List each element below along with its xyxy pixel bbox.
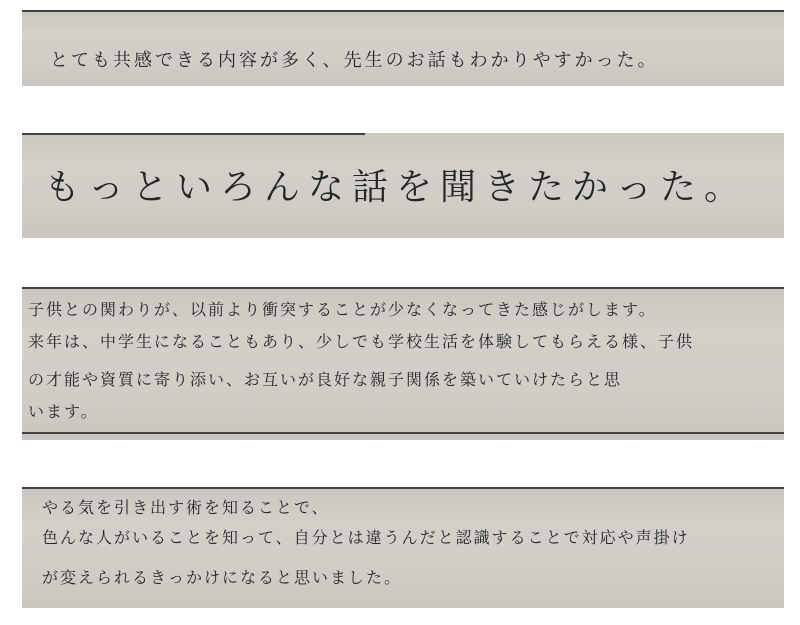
response-strip-4: やる気を引き出す術を知ることで、 色んな人がいることを知って、自分とは違うんだと… <box>22 487 784 608</box>
response-strip-2: もっといろんな話を聞きたかった。 <box>22 133 784 238</box>
response-3-line-4: います。 <box>28 399 99 422</box>
response-4-line-3: が変えられるきっかけになると思いました。 <box>42 565 402 588</box>
response-4-line-1: やる気を引き出す術を知ることで、 <box>42 495 330 518</box>
response-3-line-3: の才能や資質に寄り添い、お互いが良好な親子関係を築いていけたらと思 <box>28 367 622 390</box>
response-strip-3: 子供との関わりが、以前より衝突することが少なくなってきた感じがします。 来年は、… <box>22 287 784 440</box>
response-4-line-2: 色んな人がいることを知って、自分とは違うんだと認識することで対応や声掛け <box>42 525 690 548</box>
response-1-line-1: とても共感できる内容が多く、先生のお話もわかりやすかった。 <box>50 46 659 72</box>
response-3-line-1: 子供との関わりが、以前より衝突することが少なくなってきた感じがします。 <box>28 297 657 320</box>
response-strip-1: とても共感できる内容が多く、先生のお話もわかりやすかった。 <box>22 10 784 86</box>
response-3-line-2: 来年は、中学生になることもあり、少しでも学校生活を体験してもらえる様、子供 <box>28 329 694 352</box>
response-2-line-1: もっといろんな話を聞きたかった。 <box>44 159 748 210</box>
